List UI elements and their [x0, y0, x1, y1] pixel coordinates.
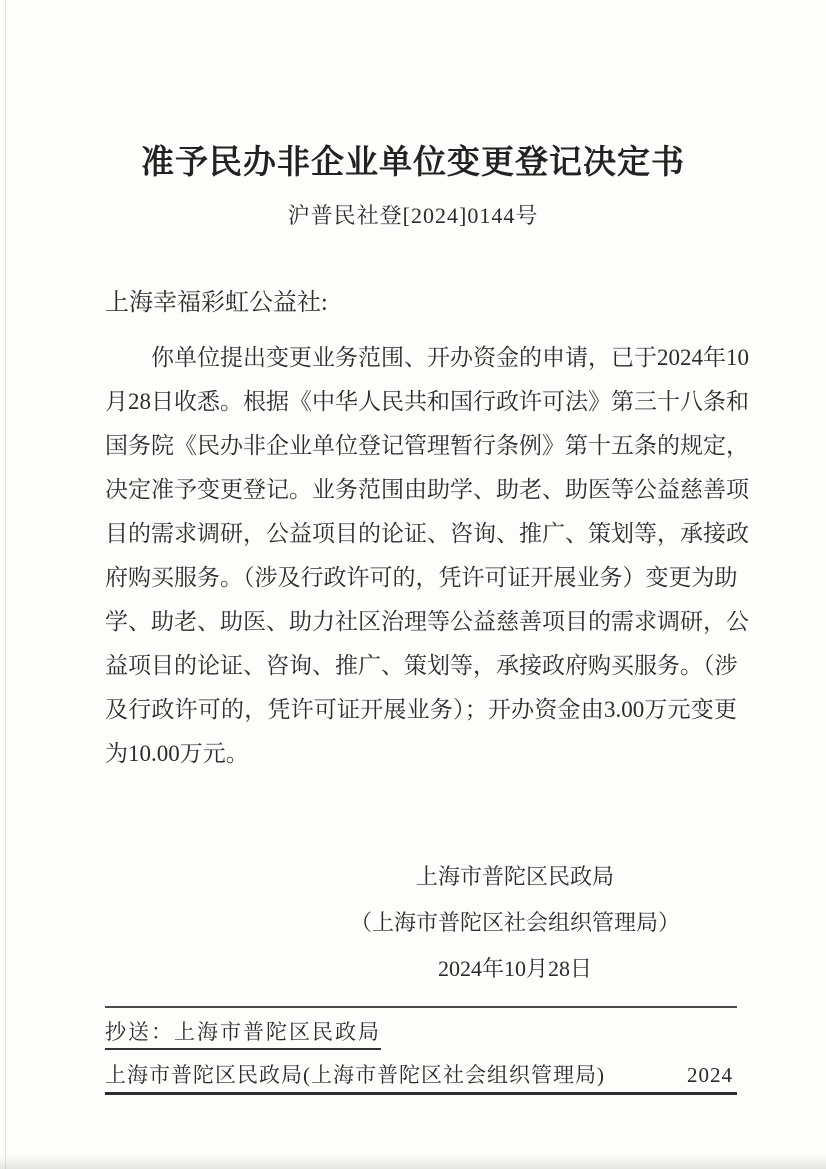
- issuing-org-alias: （上海市普陀区社会组织管理局）: [200, 900, 826, 946]
- body-paragraph: 你单位提出变更业务范围、开办资金的申请，已于2024年10 月28日收悉。根据《…: [105, 336, 737, 776]
- body-line-9: 及行政许可的，凭许可证开展业务）；开办资金由3.00万元变更: [105, 688, 737, 732]
- body-line-7: 学、助老、助医、助力社区治理等公益慈善项目的需求调研，公: [105, 600, 737, 644]
- document-number: 沪普民社登[2024]0144号: [0, 199, 826, 230]
- body-line-4: 决定准予变更登记。业务范围由助学、助老、助医等公益慈善项: [105, 468, 737, 512]
- issuer-footer-line: 上海市普陀区民政局(上海市普陀区社会组织管理局) 2024: [105, 1060, 737, 1095]
- cc-recipients-line: 抄送：上海市普陀区民政局: [105, 1017, 381, 1050]
- body-line-2: 月28日收悉。根据《中华人民共和国行政许可法》第三十八条和: [105, 380, 737, 424]
- body-line-3: 国务院《民办非企业单位登记管理暂行条例》第十五条的规定，: [105, 424, 737, 468]
- body-line-5: 目的需求调研，公益项目的论证、咨询、推广、策划等，承接政: [105, 512, 737, 556]
- footer-divider: [105, 1006, 737, 1008]
- body-line-6: 府购买服务。（涉及行政许可的，凭许可证开展业务）变更为助: [105, 556, 737, 600]
- issue-date: 2024年10月28日: [200, 946, 826, 992]
- issuing-org: 上海市普陀区民政局: [200, 854, 826, 900]
- body-line-8: 益项目的论证、咨询、推广、策划等，承接政府购买服务。（涉: [105, 644, 737, 688]
- scan-edge-bottom: [0, 1155, 826, 1169]
- issuer-name: 上海市普陀区民政局(上海市普陀区社会组织管理局): [105, 1060, 605, 1090]
- body-line-1: 你单位提出变更业务范围、开办资金的申请，已于2024年10: [105, 336, 737, 380]
- body-line-10: 为10.00万元。: [105, 732, 737, 776]
- document-page: 准予民办非企业单位变更登记决定书 沪普民社登[2024]0144号 上海幸福彩虹…: [0, 0, 826, 1169]
- addressee-line: 上海幸福彩虹公益社:: [105, 282, 328, 317]
- document-title: 准予民办非企业单位变更登记决定书: [0, 136, 826, 183]
- signature-block: 上海市普陀区民政局 （上海市普陀区社会组织管理局） 2024年10月28日: [200, 854, 826, 992]
- issue-year: 2024: [687, 1060, 737, 1090]
